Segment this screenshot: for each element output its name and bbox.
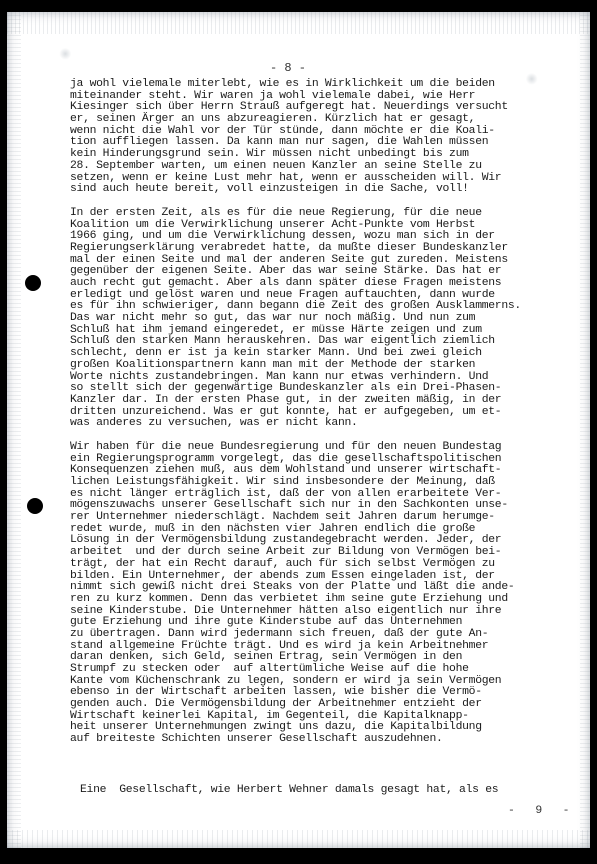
text-line: genden auch. Die Vermögensbildung der Ar… — [70, 699, 550, 711]
scan-noise-left — [7, 12, 21, 848]
text-line: Das war nicht mehr so gut, das war nur n… — [70, 313, 550, 325]
text-line: Kanzler dar. In der ersten Phase gut, in… — [70, 395, 550, 407]
punch-hole-icon — [27, 498, 43, 514]
text-line: trägt, der hat ein Recht darauf, auch fü… — [70, 559, 550, 571]
page-number-bottom: - 9 - — [508, 805, 570, 817]
text-line: sind auch heute bereit, voll einzusteige… — [70, 184, 550, 196]
text-line: er, seinen Ärger an uns abzureagieren. K… — [70, 114, 550, 126]
paragraph-1: ja wohl vielemale miterlebt, wie es in W… — [70, 79, 550, 196]
text-line: was anderes zu versuchen, was er nicht k… — [70, 418, 550, 430]
text-line: zu übertragen. Dann wird jedermann sich … — [70, 629, 550, 641]
text-line: In der ersten Zeit, als es für die neue … — [70, 208, 550, 220]
text-line: Regierungserklärung verabredet hatte, da… — [70, 243, 550, 255]
text-line: Strumpf zu stecken oder auf altertümlich… — [70, 664, 550, 676]
scan-noise-top — [7, 12, 590, 34]
text-line: Wir haben für die neue Bundesregierung u… — [70, 442, 550, 454]
page-number-top: - 8 - — [270, 61, 306, 75]
text-line: ja wohl vielemale miterlebt, wie es in W… — [70, 79, 550, 91]
text-line: rer Unternehmer niederschlägt. Nachdem s… — [70, 512, 550, 524]
paragraph-3: Wir haben für die neue Bundesregierung u… — [70, 442, 550, 746]
scan-noise-bottom — [7, 830, 590, 848]
punch-hole-icon — [25, 275, 41, 291]
paragraph-2: In der ersten Zeit, als es für die neue … — [70, 208, 550, 430]
text-line: lichen Leistungsfähigkeit. Wir sind insb… — [70, 477, 550, 489]
text-line: 28. September warten, um einen neuen Kan… — [70, 161, 550, 173]
text-line: großen Koalitionspartnern kann man mit d… — [70, 360, 550, 372]
text-line: ren zu kurz kommen. Denn das verbietet i… — [70, 594, 550, 606]
text-line: auf breiteste Schichten unserer Gesellsc… — [70, 734, 550, 746]
text-line: auch recht gut gemacht. Aber als dann sp… — [70, 278, 550, 290]
document-body: ja wohl vielemale miterlebt, wie es in W… — [70, 79, 550, 758]
closing-line: Eine Gesellschaft, wie Herbert Wehner da… — [80, 784, 498, 796]
scan-noise-right — [580, 12, 590, 848]
